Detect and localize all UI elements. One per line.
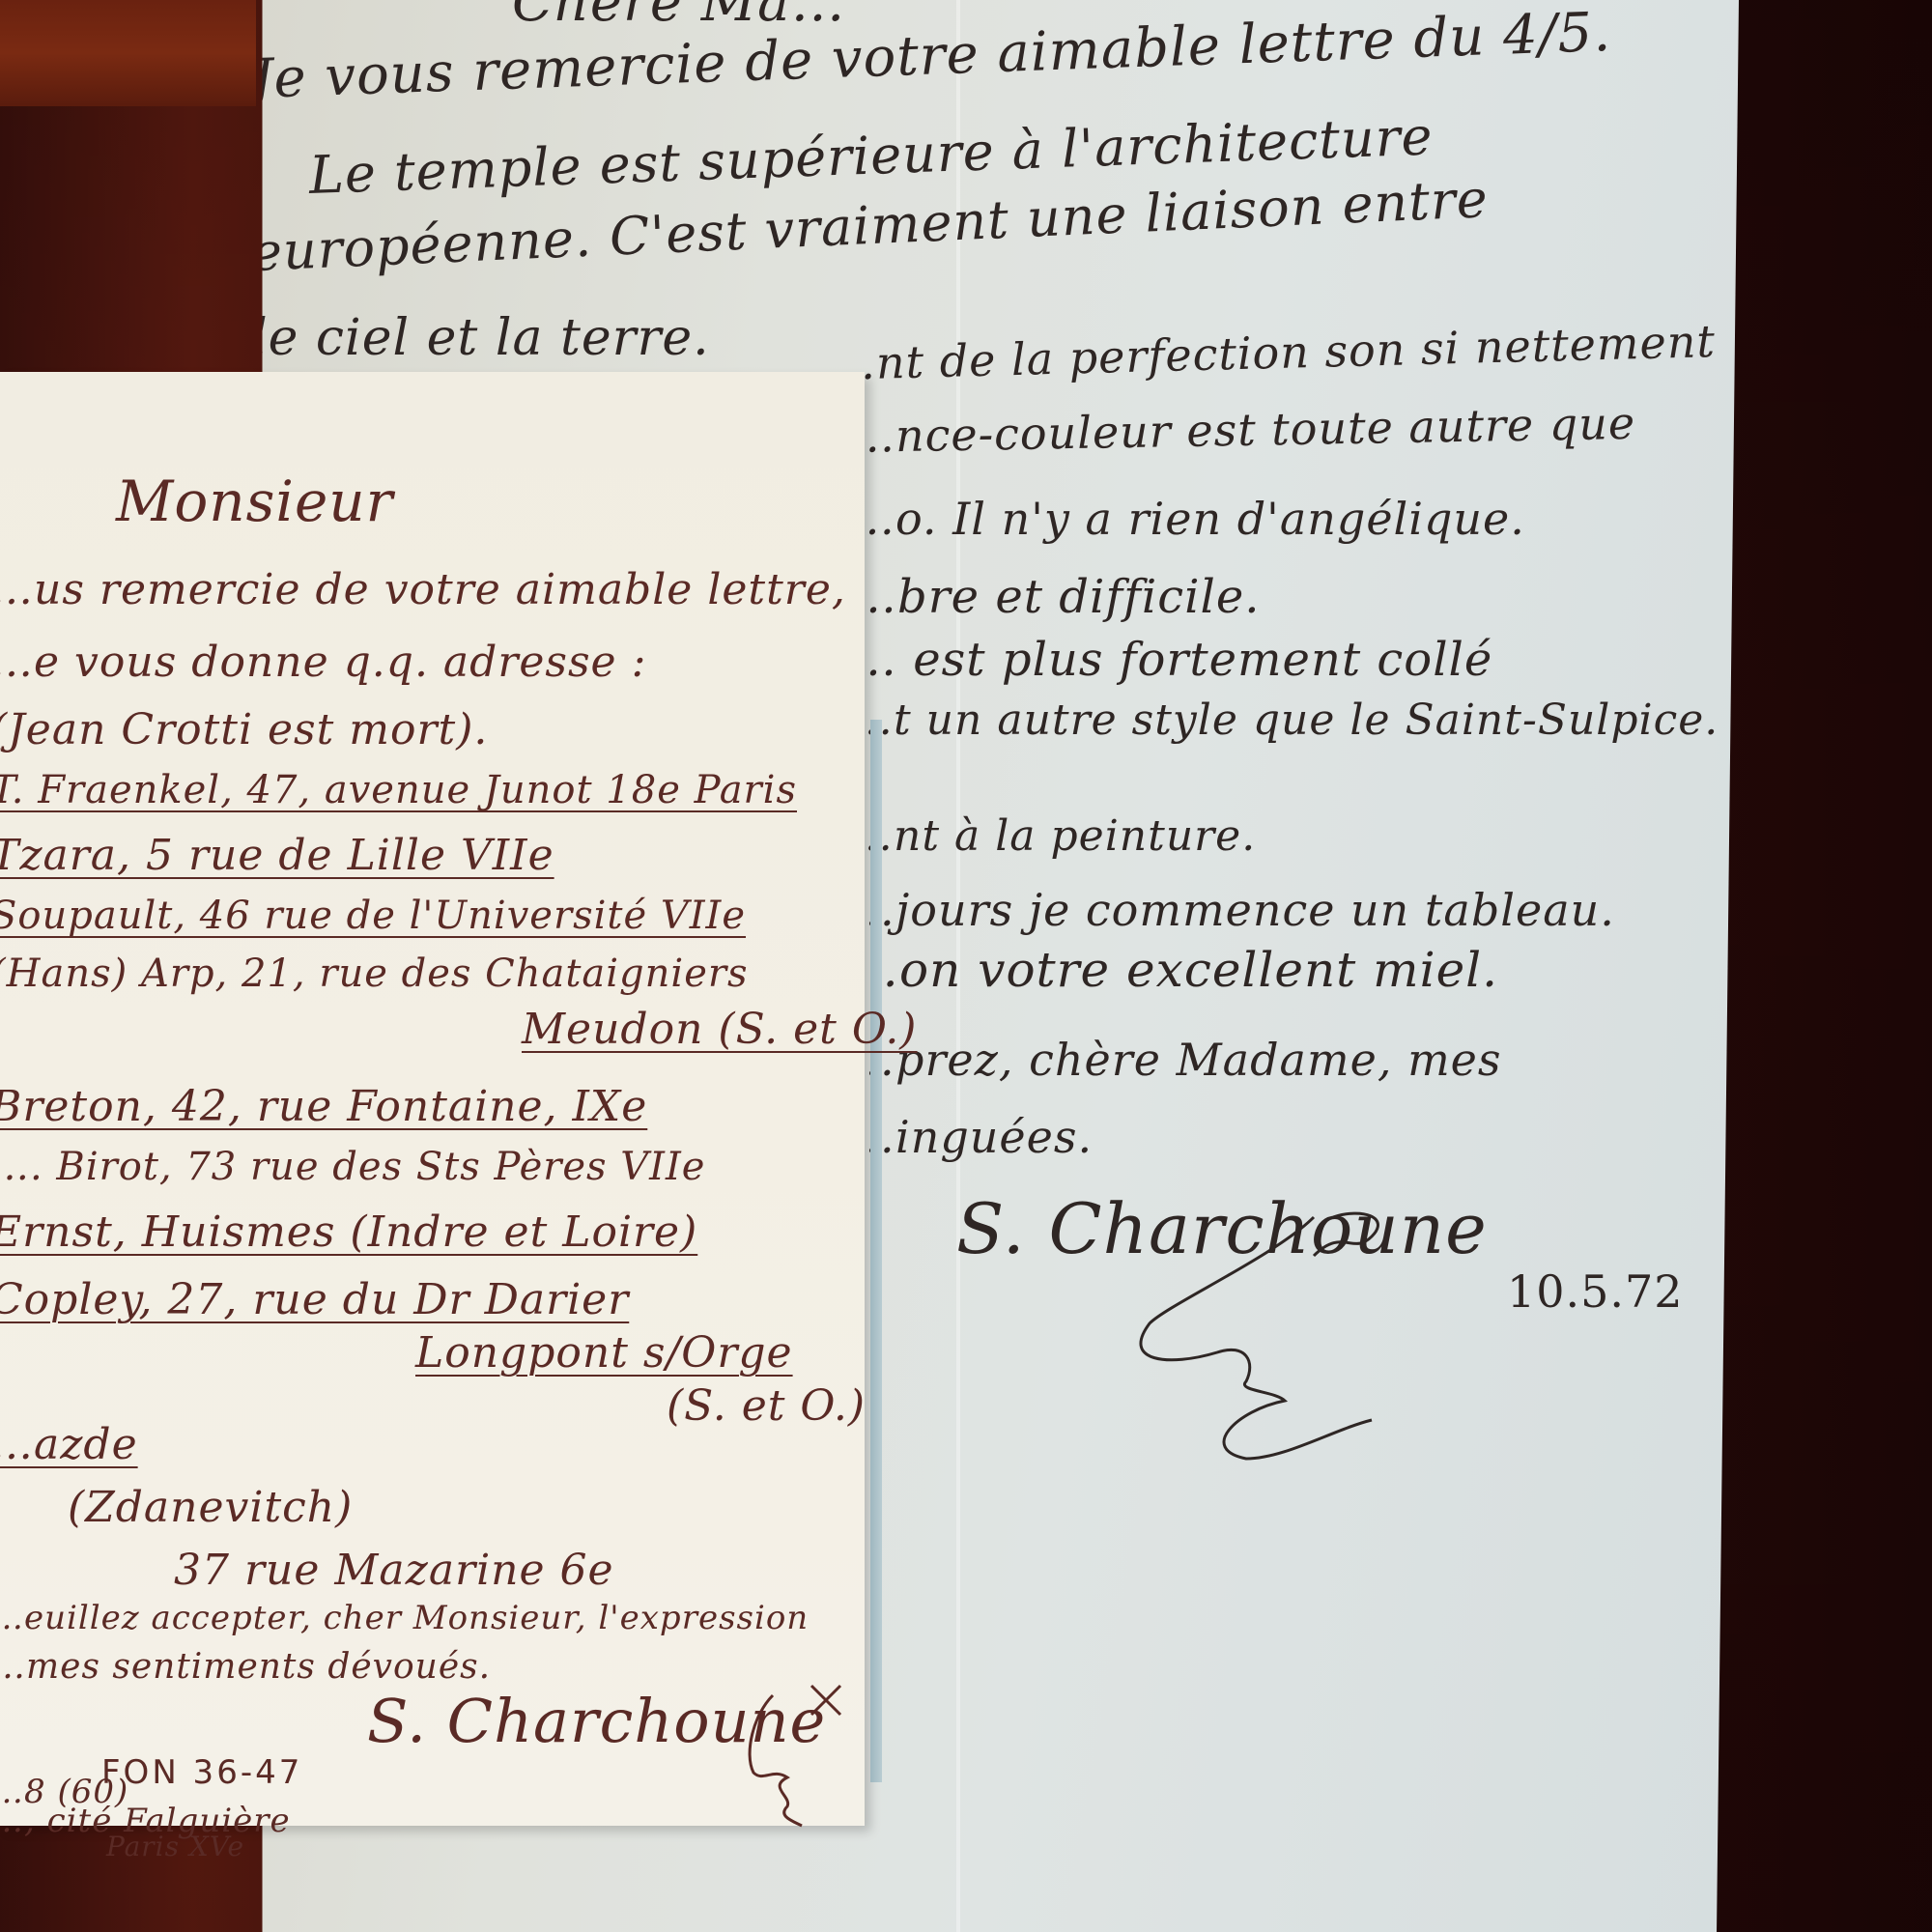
front-letter: Monsieur …us remercie de votre aimable l…: [0, 372, 865, 1826]
back-line: … est plus fortement collé: [850, 633, 1492, 687]
front-closing: …euillez accepter, cher Monsieur, l'expr…: [0, 1599, 809, 1637]
back-line: …prez, chère Madame, mes: [850, 1034, 1502, 1086]
back-line: Je vous remercie de votre aimable lettre…: [250, 1, 1612, 111]
back-line: …bre et difficile.: [850, 570, 1261, 624]
signature-flourish-icon: [734, 1676, 860, 1831]
front-address: Tzara, 5 rue de Lille VIIe: [0, 831, 554, 880]
front-address: (Hans) Arp, 21, rue des Chataigniers: [0, 952, 749, 996]
front-closing: …mes sentiments dévoués.: [0, 1647, 491, 1687]
back-line: …inguées.: [850, 1111, 1093, 1163]
back-line: …on votre excellent miel.: [850, 942, 1498, 998]
footer-phone: FON 36-47: [101, 1753, 302, 1792]
front-address: Breton, 42, rue Fontaine, IXe: [0, 1082, 647, 1131]
front-address: Longpont s/Orge: [415, 1328, 793, 1378]
front-line: …e vous donne q.q. adresse :: [0, 638, 646, 687]
front-address: Copley, 27, rue du Dr Darier: [0, 1275, 629, 1324]
back-line: …t un autre style que le Saint-Sulpice.: [850, 696, 1719, 745]
back-line: …jours je commence un tableau.: [850, 884, 1615, 936]
front-address: …azde: [0, 1420, 138, 1469]
front-address: Ernst, Huismes (Indre et Loire): [0, 1207, 697, 1257]
front-address: Soupault, 46 rue de l'Université VIIe: [0, 894, 746, 938]
front-line: (Jean Crotti est mort).: [0, 705, 488, 754]
front-salutation: Monsieur: [116, 469, 393, 534]
front-line: …us remercie de votre aimable lettre,: [0, 565, 846, 614]
signature-flourish-icon: [1024, 1198, 1526, 1468]
front-address: …. Birot, 73 rue des Sts Pères VIIe: [0, 1145, 705, 1189]
paper-edge: [870, 720, 882, 1782]
front-address: 37 rue Mazarine 6e: [174, 1546, 614, 1595]
front-address: Meudon (S. et O.): [522, 1005, 917, 1054]
back-line: …nce-couleur est toute autre que: [850, 397, 1636, 463]
back-line: …nt à la peinture.: [850, 811, 1256, 861]
front-address: T. Fraenkel, 47, avenue Junot 18e Paris: [0, 768, 797, 812]
back-date: 10.5.72: [1507, 1265, 1684, 1318]
front-address: (S. et O.): [667, 1381, 866, 1431]
table-surface-lower-left: [0, 0, 256, 106]
back-line: …nt de la perfection son si nettement: [830, 315, 1716, 390]
back-line: …o. Il n'y a rien d'angélique.: [850, 493, 1525, 545]
back-line: le ciel et la terre.: [251, 309, 710, 367]
front-address: (Zdanevitch): [68, 1483, 353, 1532]
footer-address: Paris XVe: [106, 1831, 244, 1862]
